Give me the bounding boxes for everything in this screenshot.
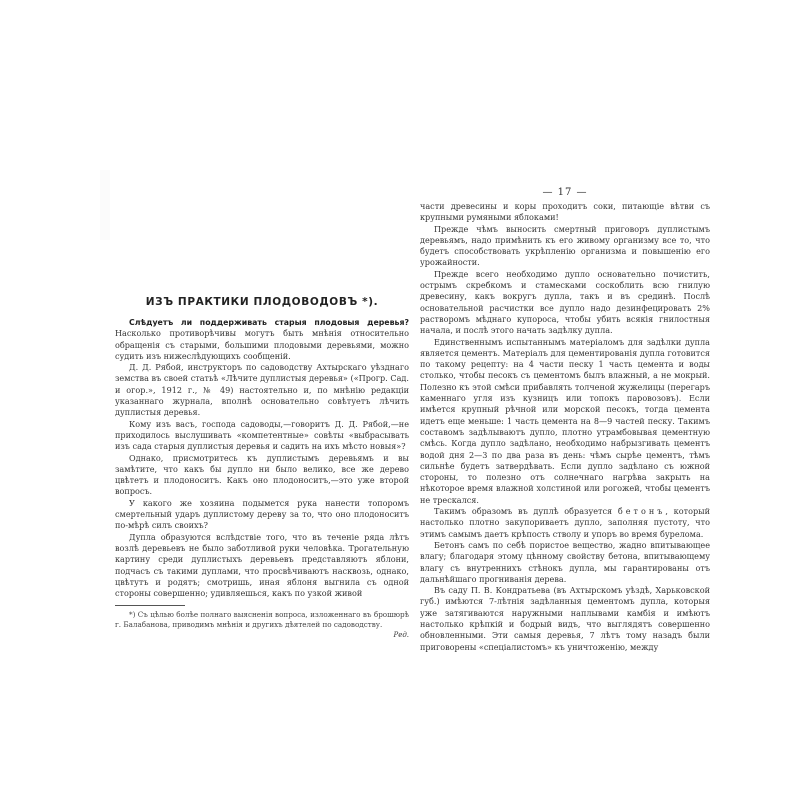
- right-page: — 17 — части древесины и коры проходитъ …: [420, 185, 710, 653]
- paragraph-r5: Такимъ образомъ въ дуплѣ образуется бето…: [420, 506, 710, 540]
- paragraph-2: Д. Д. Рябой, инструкторъ по садоводству …: [115, 362, 409, 418]
- paragraph-r2: Прежде чѣмъ выносить смертный приговоръ …: [420, 224, 710, 269]
- paragraph-3: Кому изъ васъ, господа садоводы,—говорит…: [115, 419, 409, 453]
- paragraph-r7: Въ саду П. В. Кондратьева (въ Ахтырскомъ…: [420, 585, 710, 653]
- lead-question: Слѣдуетъ ли поддерживать старыя плодовыя…: [129, 318, 409, 327]
- page-number: — 17 —: [420, 185, 710, 201]
- paragraph-4: Однако, присмотритесь къ дуплистымъ дере…: [115, 453, 409, 498]
- paragraph-r4: Единственнымъ испытаннымъ матеріаломъ дл…: [420, 337, 710, 506]
- paragraph-6: Дупла образуются вслѣдствіе того, что въ…: [115, 532, 409, 600]
- paragraph-5: У какого же хозяина подымется рука нанес…: [115, 498, 409, 532]
- emphasized-term: бетонъ: [618, 506, 666, 516]
- footnote-signature: Ред.: [379, 630, 409, 640]
- paragraph-r1: части древесины и коры проходитъ соки, п…: [420, 201, 710, 224]
- article-heading: ИЗЪ ПРАКТИКИ ПЛОДОВОДОВЪ *).: [115, 296, 409, 308]
- paragraph-1: Слѣдуетъ ли поддерживать старыя плодовыя…: [115, 317, 409, 362]
- footnote-divider: [115, 605, 185, 606]
- left-page: ИЗЪ ПРАКТИКИ ПЛОДОВОДОВЪ *). Слѣдуетъ ли…: [115, 296, 409, 640]
- paragraph-r6: Бетонъ самъ по себѣ пористое вещество, ж…: [420, 540, 710, 585]
- paragraph-r3: Прежде всего необходимо дупло основатель…: [420, 269, 710, 337]
- footnote: *) Съ цѣлью болѣе полнаго выясненія вопр…: [115, 610, 409, 630]
- scan-artifact: [100, 170, 110, 240]
- book-spread: ИЗЪ ПРАКТИКИ ПЛОДОВОДОВЪ *). Слѣдуетъ ли…: [0, 0, 800, 800]
